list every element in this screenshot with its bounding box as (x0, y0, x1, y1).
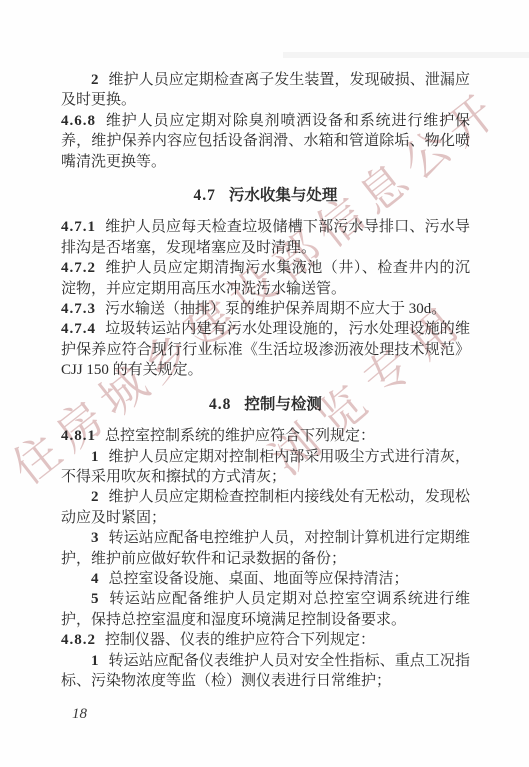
clause-number: 4.7.1 (61, 219, 105, 235)
page-number: 18 (72, 706, 87, 723)
item-text: 维护人员应定期检查控制柜内接线处有无松动，发现松动应及时紧固； (61, 489, 470, 525)
item-text: 维护人员应定期对控制柜内部采用吸尘方式进行清灰，不得采用吹灰和擦拭的方式清灰； (61, 449, 470, 485)
clause-text: 污水输送（抽排）泵的维护保养周期不应大于 30d。 (105, 301, 446, 317)
clause-number: 4.7.3 (61, 301, 105, 317)
list-item-3: 3转运站应配备电控维护人员，对控制计算机进行定期维护，维护前应做好软件和记录数据… (61, 528, 470, 569)
list-item-4: 4总控室设备设施、桌面、地面等应保持清洁； (61, 569, 470, 589)
clause-text: 维护人员应每天检查垃圾储槽下部污水导排口、污水导排沟是否堵塞，发现堵塞应及时清理… (61, 219, 470, 255)
item-number: 1 (91, 449, 109, 465)
item-number: 2 (91, 489, 109, 505)
item-number: 1 (91, 653, 109, 669)
clause-text: 总控室控制系统的维护应符合下列规定： (105, 428, 375, 444)
item-text: 转运站应配备维护人员定期对总控室空调系统进行维护，保持总控室温度和湿度环境满足控… (61, 591, 470, 627)
clause-number: 4.8.1 (61, 428, 105, 444)
clause-4-8-2: 4.8.2控制仪器、仪表的维护应符合下列规定： (61, 630, 470, 650)
item-number: 3 (91, 530, 109, 546)
item-number: 2 (91, 72, 109, 88)
section-heading-4-7: 4.7污水收集与处理 (61, 186, 470, 206)
clause-number: 4.7.4 (61, 321, 105, 337)
item-text: 转运站应配备电控维护人员，对控制计算机进行定期维护，维护前应做好软件和记录数据的… (61, 530, 470, 566)
scan-artifact-band (283, 52, 529, 58)
item-number: 4 (91, 571, 109, 587)
clause-4-8-1: 4.8.1总控室控制系统的维护应符合下列规定： (61, 426, 470, 446)
clause-4-7-1: 4.7.1维护人员应每天检查垃圾储槽下部污水导排口、污水导排沟是否堵塞，发现堵塞… (61, 217, 470, 258)
page-body: 2维护人员应定期检查离子发生装置，发现破损、泄漏应及时更换。 4.6.8维护人员… (61, 70, 470, 691)
clause-text: 维护人员应定期对除臭剂喷洒设备和系统进行维护保养，维护保养内容应包括设备润滑、水… (61, 113, 470, 170)
heading-title: 污水收集与处理 (229, 187, 338, 204)
clause-4-6-8: 4.6.8维护人员应定期对除臭剂喷洒设备和系统进行维护保养，维护保养内容应包括设… (61, 111, 470, 172)
heading-number: 4.7 (194, 187, 229, 204)
list-item-2: 2维护人员应定期检查控制柜内接线处有无松动，发现松动应及时紧固； (61, 487, 470, 528)
clause-text: 垃圾转运站内建有污水处理设施的，污水处理设施的维护保养应符合现行行业标准《生活垃… (61, 321, 470, 378)
clause-4-7-3: 4.7.3污水输送（抽排）泵的维护保养周期不应大于 30d。 (61, 299, 470, 319)
clause-text: 维护人员应定期清掏污水集液池（井）、检查井内的沉淀物，并应定期用高压水冲洗污水输… (61, 260, 470, 296)
clause-text: 控制仪器、仪表的维护应符合下列规定： (105, 632, 375, 648)
list-item-1b: 1转运站应配备仪表维护人员对安全性指标、重点工况指标、污染物浓度等监（检）测仪表… (61, 651, 470, 692)
clause-4-7-2: 4.7.2维护人员应定期清掏污水集液池（井）、检查井内的沉淀物，并应定期用高压水… (61, 258, 470, 299)
list-item-continued: 2维护人员应定期检查离子发生装置，发现破损、泄漏应及时更换。 (61, 70, 470, 111)
heading-number: 4.8 (209, 396, 244, 413)
item-number: 5 (91, 591, 109, 607)
item-text: 总控室设备设施、桌面、地面等应保持清洁； (109, 571, 409, 587)
list-item-5: 5转运站应配备维护人员定期对总控室空调系统进行维护，保持总控室温度和湿度环境满足… (61, 589, 470, 630)
clause-4-7-4: 4.7.4垃圾转运站内建有污水处理设施的，污水处理设施的维护保养应符合现行行业标… (61, 319, 470, 380)
section-heading-4-8: 4.8控制与检测 (61, 395, 470, 415)
item-text: 维护人员应定期检查离子发生装置，发现破损、泄漏应及时更换。 (61, 72, 470, 108)
clause-number: 4.8.2 (61, 632, 105, 648)
list-item-1: 1维护人员应定期对控制柜内部采用吸尘方式进行清灰，不得采用吹灰和擦拭的方式清灰； (61, 447, 470, 488)
clause-number: 4.7.2 (61, 260, 105, 276)
document-page: { "watermark": { "line1": "住房城乡建设部信息公开",… (0, 0, 529, 767)
item-text: 转运站应配备仪表维护人员对安全性指标、重点工况指标、污染物浓度等监（检）测仪表进… (61, 653, 470, 689)
heading-title: 控制与检测 (244, 396, 322, 413)
clause-number: 4.6.8 (61, 113, 105, 129)
